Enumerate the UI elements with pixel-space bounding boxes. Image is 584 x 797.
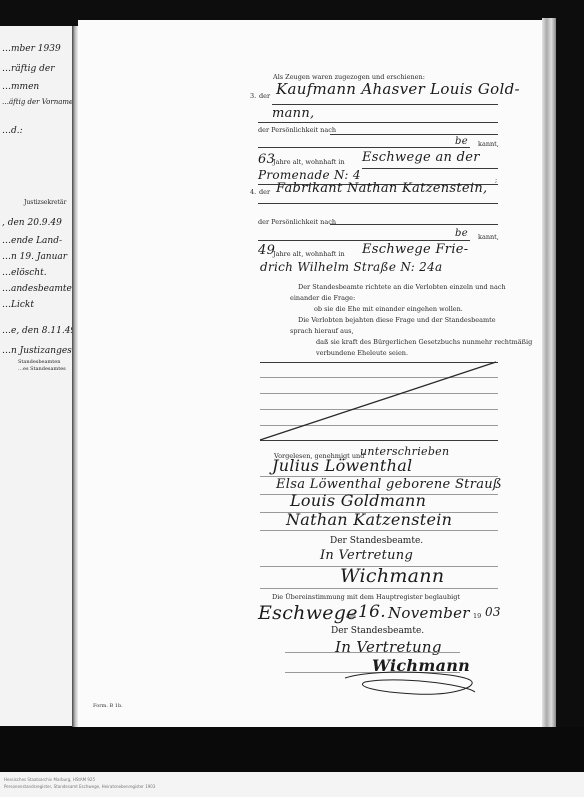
- rule: [258, 147, 470, 148]
- registrar2-signature-note: In Vertretung: [335, 638, 442, 656]
- witness3-prefix: der: [259, 92, 270, 100]
- rule: [260, 588, 498, 589]
- witness3-residence-cont: Promenade N: 4: [258, 168, 361, 182]
- left-page-print: Standesbeamten: [18, 359, 60, 365]
- cert-am: am: [346, 612, 356, 620]
- known-label: kannt,: [478, 140, 499, 148]
- registrar2-label: Der Standesbeamte.: [331, 626, 424, 636]
- rule: [260, 530, 498, 531]
- signature-witness4: Nathan Katzenstein: [286, 510, 452, 529]
- witness4-number: 4.: [250, 188, 256, 196]
- left-page-line: …Lickt: [2, 300, 34, 310]
- signature-bride: Elsa Löwenthal geborene Strauß: [276, 477, 502, 492]
- age-label: Jahre alt, wohnhaft in: [273, 250, 345, 258]
- footer-line: Personenstandsregister, Standesamt Eschw…: [4, 784, 155, 789]
- cert-month: November: [388, 604, 470, 622]
- age-label: Jahre alt, wohnhaft in: [273, 158, 345, 166]
- document-scan: …mber 1939 …räftig der …mmen …äftig der …: [0, 0, 584, 772]
- rule: [258, 122, 498, 123]
- strikeout-diagonal: [258, 358, 500, 442]
- rule: [258, 240, 470, 241]
- known-value: be: [455, 228, 468, 239]
- left-page-line: …räftig der: [2, 64, 55, 74]
- signature-flourish: [335, 670, 485, 700]
- ceremony-text: einander die Frage:: [290, 294, 355, 302]
- cert-year-print: 19: [473, 612, 481, 620]
- rule: [285, 652, 460, 653]
- ceremony-text: daß sie kraft des Bürgerlichen Gesetzbuc…: [316, 338, 532, 346]
- left-page-line: …d.:: [2, 126, 23, 136]
- registrar-signature-note: In Vertretung: [320, 548, 413, 563]
- ceremony-text: Der Standesbeamte richtete an die Verlob…: [298, 283, 506, 291]
- witness3-name: Kaufmann Ahasver Louis Gold-: [276, 80, 520, 98]
- rule: [258, 203, 498, 204]
- left-page-print: Justizsekretär: [24, 199, 66, 206]
- registrar-signature: Wichmann: [340, 565, 444, 587]
- rule: [272, 104, 498, 105]
- book-shadow: [0, 727, 584, 772]
- known-value: be: [455, 136, 468, 147]
- ceremony-text: Die Verlobten bejahten diese Frage und d…: [298, 316, 496, 324]
- page-edge: [542, 18, 556, 734]
- cert-place: Eschwege: [258, 602, 358, 624]
- rule: [330, 224, 498, 225]
- left-page-line: …mber 1939: [2, 44, 61, 54]
- form-number: Form. B 1b.: [93, 703, 123, 709]
- known-label: kannt,: [478, 233, 499, 241]
- cert-year-hand: 03: [485, 605, 501, 619]
- witness4-residence: Eschwege Frie-: [362, 242, 468, 257]
- registrar-label: Der Standesbeamte.: [330, 536, 423, 546]
- rule: [362, 168, 498, 169]
- left-page-print: …es Standesamtes: [18, 366, 66, 372]
- left-page-line: …mmen: [2, 82, 39, 92]
- ceremony-text: verbundene Eheleute seien.: [316, 349, 408, 357]
- left-page-line: …ende Land-: [2, 236, 62, 246]
- end-mark: ;: [495, 176, 497, 184]
- left-page-line: …andesbeamte: [2, 284, 72, 294]
- ceremony-text: sprach hierauf aus,: [290, 327, 354, 335]
- left-page-line: , den 20.9.49: [2, 218, 62, 228]
- witness4-residence-cont: drich Wilhelm Straße N: 24a: [260, 260, 443, 274]
- left-page: …mber 1939 …räftig der …mmen …äftig der …: [0, 26, 74, 726]
- witness4-name: Fabrikant Nathan Katzenstein,: [276, 181, 487, 196]
- ceremony-text: ob sie die Ehe mit einander eingehen wol…: [314, 305, 463, 313]
- witness3-residence: Eschwege an der: [362, 150, 480, 165]
- witness3-number: 3.: [250, 92, 256, 100]
- witness3-name-cont: mann,: [272, 106, 314, 121]
- left-page-line: …elöscht.: [2, 268, 47, 278]
- identity-label: der Persönlichkeit nach: [258, 126, 336, 134]
- identity-label: der Persönlichkeit nach: [258, 218, 336, 226]
- left-page-line: …n Justizangest.: [2, 346, 78, 356]
- certification-text: Die Übereinstimmung mit dem Hauptregiste…: [272, 593, 460, 601]
- left-page-line: …äftig der Vornamen: [2, 98, 78, 106]
- witness4-prefix: der: [259, 188, 270, 196]
- signature-groom: Julius Löwenthal: [272, 456, 412, 475]
- cert-day: 16.: [358, 602, 386, 622]
- archive-footer: Hessisches Staatsarchiv Marburg, HStAM 9…: [0, 772, 584, 797]
- rule: [330, 134, 498, 135]
- left-page-line: …e, den 8.11.49: [2, 326, 76, 336]
- footer-line: Hessisches Staatsarchiv Marburg, HStAM 9…: [4, 777, 95, 782]
- left-page-line: …n 19. Januar: [2, 252, 67, 262]
- signature-witness3: Louis Goldmann: [290, 491, 426, 510]
